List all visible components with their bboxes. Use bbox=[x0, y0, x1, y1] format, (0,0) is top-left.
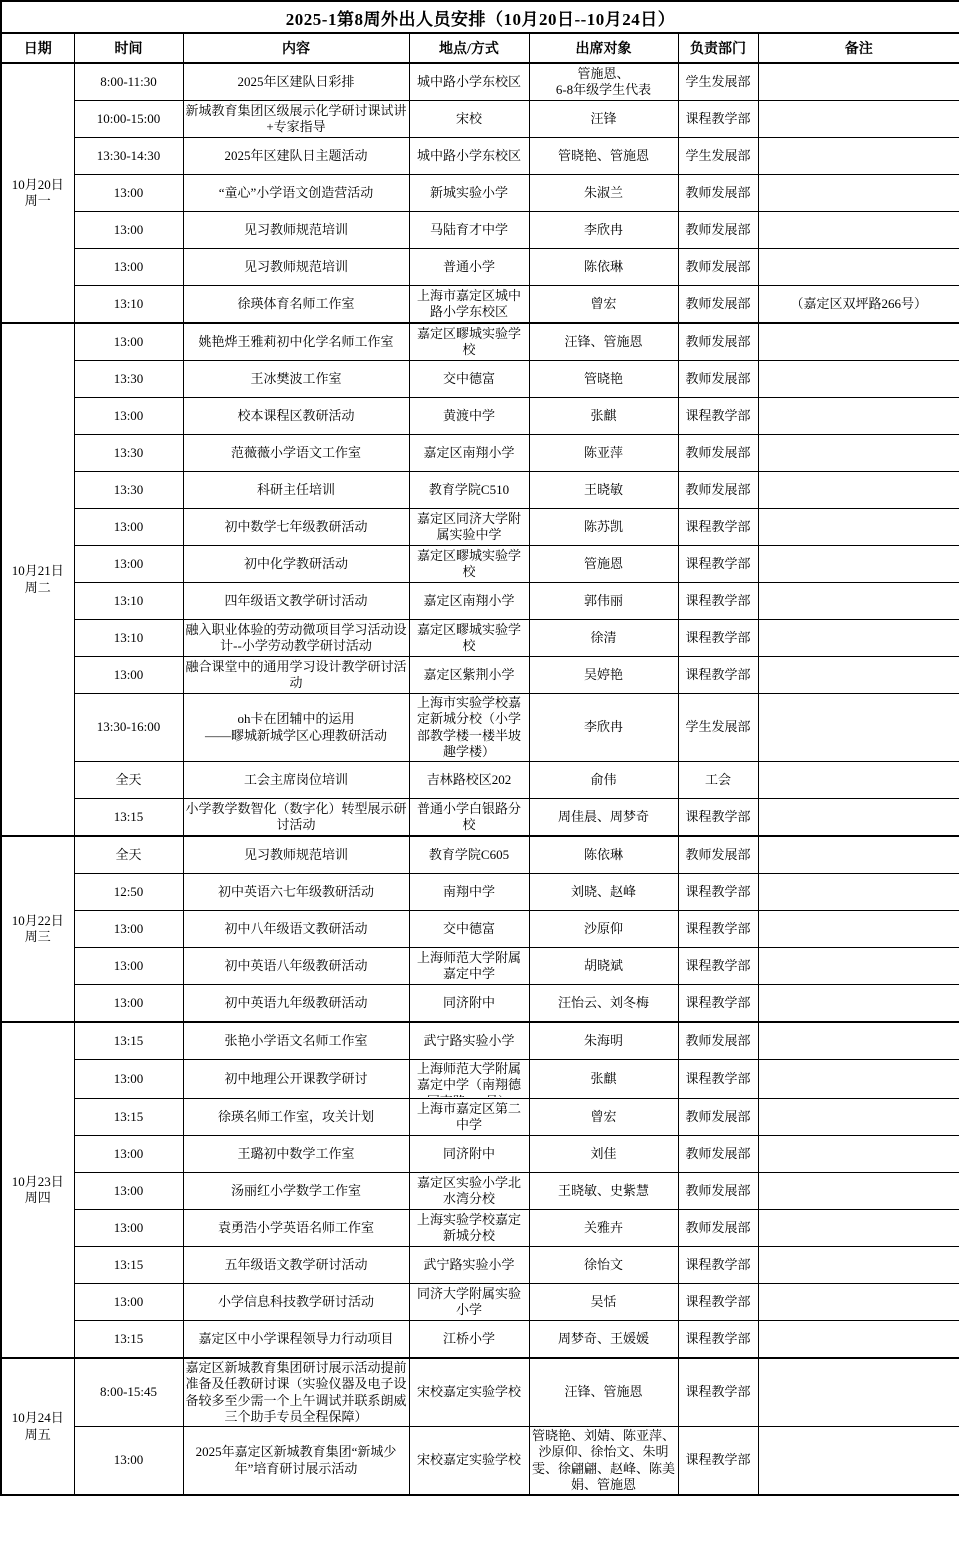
attendees-cell: 俞伟 bbox=[529, 762, 678, 799]
department-cell: 工会 bbox=[678, 762, 758, 799]
department-cell: 课程教学部 bbox=[678, 874, 758, 911]
department-cell: 课程教学部 bbox=[678, 657, 758, 694]
location-text: 吉林路校区202 bbox=[412, 772, 527, 788]
department-text: 教师发展部 bbox=[681, 445, 756, 461]
time-text: 13:00 bbox=[77, 1071, 181, 1087]
attendees-cell: 胡晓斌 bbox=[529, 948, 678, 985]
remark-cell bbox=[758, 1284, 959, 1321]
department-text: 课程教学部 bbox=[681, 995, 756, 1011]
remark-cell bbox=[758, 762, 959, 799]
content-cell: 嘉定区中小学课程领导力行动项目 bbox=[183, 1321, 409, 1359]
content-text: 范薇薇小学语文工作室 bbox=[186, 445, 407, 461]
location-cell: 城中路小学东校区 bbox=[409, 138, 529, 175]
content-cell: 五年级语文教学研讨活动 bbox=[183, 1247, 409, 1284]
attendees-text: 胡晓斌 bbox=[532, 958, 676, 974]
department-cell: 课程教学部 bbox=[678, 620, 758, 657]
schedule-row: 13:00初中化学教研活动嘉定区疁城实验学校管施恩课程教学部 bbox=[1, 546, 959, 583]
department-text: 教师发展部 bbox=[681, 1033, 756, 1049]
department-text: 教师发展部 bbox=[681, 1146, 756, 1162]
time-text: 13:00 bbox=[77, 556, 181, 572]
time-cell: 8:00-15:45 bbox=[74, 1358, 183, 1427]
content-text: 新城教育集团区级展示化学研讨课试讲+专家指导 bbox=[186, 103, 407, 136]
attendees-text: 管晓艳、刘婧、陈亚萍、沙原仰、徐怡文、朱明雯、徐翩翩、赵峰、陈美娟、管施恩 bbox=[532, 1428, 676, 1493]
location-text: 嘉定区同济大学附属实验中学 bbox=[412, 511, 527, 544]
content-text: 见习教师规范培训 bbox=[186, 222, 407, 238]
attendees-cell: 李欣冉 bbox=[529, 212, 678, 249]
department-text: 课程教学部 bbox=[681, 1294, 756, 1310]
content-text: 小学教学数智化（数字化）转型展示研讨活动 bbox=[186, 801, 407, 834]
location-text: 武宁路实验小学 bbox=[412, 1257, 527, 1273]
attendees-text: 陈苏凯 bbox=[532, 519, 676, 535]
time-text: 13:00 bbox=[77, 958, 181, 974]
attendees-cell: 曾宏 bbox=[529, 286, 678, 324]
time-text: 13:00 bbox=[77, 995, 181, 1011]
content-text: oh卡在团辅中的运用 ——疁城新城学区心理教研活动 bbox=[186, 711, 407, 744]
department-text: 课程教学部 bbox=[681, 1384, 756, 1400]
schedule-row: 10月21日 周二13:00姚艳烨王雅莉初中化学名师工作室嘉定区疁城实验学校汪锋… bbox=[1, 323, 959, 361]
content-cell: 徐瑛名师工作室，攻关计划 bbox=[183, 1099, 409, 1136]
content-cell: 小学信息科技教学研讨活动 bbox=[183, 1284, 409, 1321]
time-cell: 13:00 bbox=[74, 398, 183, 435]
location-text: 嘉定区南翔小学 bbox=[412, 593, 527, 609]
attendees-text: 陈亚萍 bbox=[532, 445, 676, 461]
time-cell: 13:00 bbox=[74, 1427, 183, 1496]
location-text: 交中德富 bbox=[412, 921, 527, 937]
department-cell: 教师发展部 bbox=[678, 1136, 758, 1173]
schedule-row: 13:00王璐初中数学工作室同济附中刘佳教师发展部 bbox=[1, 1136, 959, 1173]
department-cell: 教师发展部 bbox=[678, 836, 758, 874]
time-cell: 13:30-14:30 bbox=[74, 138, 183, 175]
content-text: 见习教师规范培训 bbox=[186, 259, 407, 275]
location-text: 同济大学附属实验小学 bbox=[412, 1286, 527, 1319]
schedule-row: 10月24日 周五8:00-15:45嘉定区新城教育集团研讨展示活动提前准备及任… bbox=[1, 1358, 959, 1427]
content-cell: 2025年区建队日主题活动 bbox=[183, 138, 409, 175]
attendees-cell: 刘佳 bbox=[529, 1136, 678, 1173]
time-text: 13:00 bbox=[77, 334, 181, 350]
attendees-text: 曾宏 bbox=[532, 1109, 676, 1125]
location-cell: 嘉定区同济大学附属实验中学 bbox=[409, 509, 529, 546]
schedule-row: 13:10四年级语文教学研讨活动嘉定区南翔小学郭伟丽课程教学部 bbox=[1, 583, 959, 620]
content-cell: 初中八年级语文教研活动 bbox=[183, 911, 409, 948]
attendees-text: 汪锋、管施恩 bbox=[532, 1384, 676, 1400]
schedule-row: 13:00见习教师规范培训马陆育才中学李欣冉教师发展部 bbox=[1, 212, 959, 249]
department-text: 学生发展部 bbox=[681, 74, 756, 90]
location-text: 南翔中学 bbox=[412, 884, 527, 900]
location-cell: 宋校嘉定实验学校 bbox=[409, 1427, 529, 1496]
content-text: 科研主任培训 bbox=[186, 482, 407, 498]
location-text: 普通小学 bbox=[412, 259, 527, 275]
department-text: 课程教学部 bbox=[681, 1071, 756, 1087]
attendees-text: 陈依琳 bbox=[532, 847, 676, 863]
content-text: 徐瑛名师工作室，攻关计划 bbox=[186, 1109, 407, 1125]
department-cell: 教师发展部 bbox=[678, 1210, 758, 1247]
time-cell: 13:00 bbox=[74, 212, 183, 249]
attendees-cell: 张麒 bbox=[529, 398, 678, 435]
department-cell: 课程教学部 bbox=[678, 509, 758, 546]
time-cell: 13:00 bbox=[74, 1060, 183, 1099]
department-text: 课程教学部 bbox=[681, 593, 756, 609]
location-cell: 交中德富 bbox=[409, 911, 529, 948]
attendees-cell: 汪锋、管施恩 bbox=[529, 1358, 678, 1427]
attendees-cell: 曾宏 bbox=[529, 1099, 678, 1136]
location-cell: 武宁路实验小学 bbox=[409, 1022, 529, 1060]
location-cell: 同济附中 bbox=[409, 985, 529, 1023]
schedule-row: 13:00见习教师规范培训普通小学陈依琳教师发展部 bbox=[1, 249, 959, 286]
content-text: 初中化学教研活动 bbox=[186, 556, 407, 572]
attendees-text: 刘晓、赵峰 bbox=[532, 884, 676, 900]
department-cell: 课程教学部 bbox=[678, 1427, 758, 1496]
attendees-cell: 王晓敏 bbox=[529, 472, 678, 509]
attendees-text: 刘佳 bbox=[532, 1146, 676, 1162]
remark-cell bbox=[758, 509, 959, 546]
location-text: 普通小学白银路分校 bbox=[412, 801, 527, 834]
department-text: 教师发展部 bbox=[681, 1220, 756, 1236]
time-text: 13:10 bbox=[77, 630, 181, 646]
location-text: 上海市嘉定区第二中学 bbox=[412, 1101, 527, 1134]
time-cell: 13:30-16:00 bbox=[74, 694, 183, 762]
remark-cell bbox=[758, 435, 959, 472]
location-text: 黄渡中学 bbox=[412, 408, 527, 424]
remark-cell bbox=[758, 1060, 959, 1099]
remark-cell bbox=[758, 472, 959, 509]
content-text: 汤丽红小学数学工作室 bbox=[186, 1183, 407, 1199]
time-cell: 13:00 bbox=[74, 1136, 183, 1173]
attendees-text: 徐怡文 bbox=[532, 1257, 676, 1273]
content-cell: 初中英语九年级教研活动 bbox=[183, 985, 409, 1023]
department-text: 课程教学部 bbox=[681, 1331, 756, 1347]
content-cell: 校本课程区教研活动 bbox=[183, 398, 409, 435]
remark-cell bbox=[758, 948, 959, 985]
content-text: 2025年区建队日彩排 bbox=[186, 74, 407, 90]
attendees-text: 陈依琳 bbox=[532, 259, 676, 275]
location-text: 同济附中 bbox=[412, 1146, 527, 1162]
attendees-cell: 陈依琳 bbox=[529, 249, 678, 286]
content-cell: 科研主任培训 bbox=[183, 472, 409, 509]
schedule-row: 13:00初中英语八年级教研活动上海师范大学附属嘉定中学胡晓斌课程教学部 bbox=[1, 948, 959, 985]
location-text: 上海市实验学校嘉定新城分校（小学部教学楼一楼半坡趣学楼） bbox=[412, 695, 527, 760]
time-text: 13:00 bbox=[77, 519, 181, 535]
time-text: 13:30 bbox=[77, 445, 181, 461]
location-cell: 教育学院C510 bbox=[409, 472, 529, 509]
department-cell: 学生发展部 bbox=[678, 694, 758, 762]
header-row: 日期时间内容地点/方式出席对象负责部门备注 bbox=[1, 33, 959, 63]
attendees-cell: 郭伟丽 bbox=[529, 583, 678, 620]
content-text: 初中数学七年级教研活动 bbox=[186, 519, 407, 535]
content-cell: 王璐初中数学工作室 bbox=[183, 1136, 409, 1173]
time-cell: 13:15 bbox=[74, 1099, 183, 1136]
attendees-cell: 王晓敏、史紫慧 bbox=[529, 1173, 678, 1210]
remark-cell bbox=[758, 546, 959, 583]
department-text: 课程教学部 bbox=[681, 1257, 756, 1273]
location-cell: 上海市实验学校嘉定新城分校（小学部教学楼一楼半坡趣学楼） bbox=[409, 694, 529, 762]
department-text: 课程教学部 bbox=[681, 884, 756, 900]
content-text: 初中英语八年级教研活动 bbox=[186, 958, 407, 974]
content-cell: 初中英语八年级教研活动 bbox=[183, 948, 409, 985]
content-cell: 徐瑛体育名师工作室 bbox=[183, 286, 409, 324]
location-cell: 嘉定区疁城实验学校 bbox=[409, 620, 529, 657]
column-header-0: 日期 bbox=[1, 33, 74, 63]
content-cell: 见习教师规范培训 bbox=[183, 249, 409, 286]
location-text: 上海师范大学附属嘉定中学 bbox=[412, 950, 527, 983]
time-cell: 13:10 bbox=[74, 286, 183, 324]
schedule-row: 13:10徐瑛体育名师工作室上海市嘉定区城中路小学东校区曾宏教师发展部（嘉定区双… bbox=[1, 286, 959, 324]
location-text: 上海实验学校嘉定新城分校 bbox=[412, 1212, 527, 1245]
content-cell: 范薇薇小学语文工作室 bbox=[183, 435, 409, 472]
department-text: 教师发展部 bbox=[681, 1183, 756, 1199]
title-row: 2025-1第8周外出人员安排（10月20日--10月24日） bbox=[1, 1, 959, 33]
remark-cell bbox=[758, 1358, 959, 1427]
schedule-row: 13:30-16:00oh卡在团辅中的运用 ——疁城新城学区心理教研活动上海市实… bbox=[1, 694, 959, 762]
department-cell: 课程教学部 bbox=[678, 985, 758, 1023]
attendees-cell: 管晓艳、刘婧、陈亚萍、沙原仰、徐怡文、朱明雯、徐翩翩、赵峰、陈美娟、管施恩 bbox=[529, 1427, 678, 1496]
schedule-row: 13:00初中英语九年级教研活动同济附中汪怡云、刘冬梅课程教学部 bbox=[1, 985, 959, 1023]
remark-cell bbox=[758, 694, 959, 762]
location-cell: 南翔中学 bbox=[409, 874, 529, 911]
department-text: 学生发展部 bbox=[681, 148, 756, 164]
content-text: 王冰樊波工作室 bbox=[186, 371, 407, 387]
time-text: 13:30-14:30 bbox=[77, 148, 181, 164]
attendees-cell: 刘晓、赵峰 bbox=[529, 874, 678, 911]
time-cell: 10:00-15:00 bbox=[74, 101, 183, 138]
attendees-text: 张麒 bbox=[532, 1071, 676, 1087]
column-header-6: 备注 bbox=[758, 33, 959, 63]
location-cell: 普通小学 bbox=[409, 249, 529, 286]
attendees-cell: 吴婷艳 bbox=[529, 657, 678, 694]
schedule-row: 13:00“童心”小学语文创造营活动新城实验小学朱淑兰教师发展部 bbox=[1, 175, 959, 212]
remark-cell bbox=[758, 1022, 959, 1060]
content-text: 2025年区建队日主题活动 bbox=[186, 148, 407, 164]
attendees-cell: 沙原仰 bbox=[529, 911, 678, 948]
time-cell: 13:15 bbox=[74, 1321, 183, 1359]
time-text: 13:00 bbox=[77, 1146, 181, 1162]
department-cell: 教师发展部 bbox=[678, 1099, 758, 1136]
attendees-cell: 吴恬 bbox=[529, 1284, 678, 1321]
department-text: 教师发展部 bbox=[681, 847, 756, 863]
schedule-row: 13:15小学教学数智化（数字化）转型展示研讨活动普通小学白银路分校周佳晨、周梦… bbox=[1, 799, 959, 837]
content-cell: 工会主席岗位培训 bbox=[183, 762, 409, 799]
attendees-text: 沙原仰 bbox=[532, 921, 676, 937]
schedule-row: 13:00小学信息科技教学研讨活动同济大学附属实验小学吴恬课程教学部 bbox=[1, 1284, 959, 1321]
content-cell: 见习教师规范培训 bbox=[183, 836, 409, 874]
remark-cell bbox=[758, 361, 959, 398]
attendees-text: 关雅卉 bbox=[532, 1220, 676, 1236]
remark-text: （嘉定区双坪路266号） bbox=[761, 296, 958, 312]
schedule-row: 13:00初中数学七年级教研活动嘉定区同济大学附属实验中学陈苏凯课程教学部 bbox=[1, 509, 959, 546]
time-cell: 13:00 bbox=[74, 948, 183, 985]
time-text: 8:00-11:30 bbox=[77, 74, 181, 90]
department-text: 学生发展部 bbox=[681, 719, 756, 735]
time-cell: 13:00 bbox=[74, 509, 183, 546]
department-cell: 教师发展部 bbox=[678, 323, 758, 361]
department-cell: 教师发展部 bbox=[678, 435, 758, 472]
content-cell: 2025年区建队日彩排 bbox=[183, 63, 409, 101]
attendees-text: 汪怡云、刘冬梅 bbox=[532, 995, 676, 1011]
attendees-cell: 徐怡文 bbox=[529, 1247, 678, 1284]
content-cell: 新城教育集团区级展示化学研讨课试讲+专家指导 bbox=[183, 101, 409, 138]
time-cell: 13:00 bbox=[74, 1173, 183, 1210]
time-text: 13:00 bbox=[77, 1294, 181, 1310]
time-text: 13:15 bbox=[77, 1109, 181, 1125]
location-text: 交中德富 bbox=[412, 371, 527, 387]
attendees-cell: 管施恩、 6-8年级学生代表 bbox=[529, 63, 678, 101]
attendees-cell: 徐清 bbox=[529, 620, 678, 657]
remark-cell bbox=[758, 138, 959, 175]
page-title: 2025-1第8周外出人员安排（10月20日--10月24日） bbox=[1, 1, 959, 33]
location-text: 同济附中 bbox=[412, 995, 527, 1011]
location-cell: 江桥小学 bbox=[409, 1321, 529, 1359]
location-cell: 教育学院C605 bbox=[409, 836, 529, 874]
content-cell: 见习教师规范培训 bbox=[183, 212, 409, 249]
time-cell: 8:00-11:30 bbox=[74, 63, 183, 101]
schedule-row: 10月23日 周四13:15张艳小学语文名师工作室武宁路实验小学朱海明教师发展部 bbox=[1, 1022, 959, 1060]
time-text: 13:00 bbox=[77, 1183, 181, 1199]
content-text: 五年级语文教学研讨活动 bbox=[186, 1257, 407, 1273]
location-text: 嘉定区实验小学北水湾分校 bbox=[412, 1175, 527, 1208]
department-text: 课程教学部 bbox=[681, 1452, 756, 1468]
remark-cell bbox=[758, 175, 959, 212]
department-text: 课程教学部 bbox=[681, 111, 756, 127]
remark-cell bbox=[758, 323, 959, 361]
department-cell: 教师发展部 bbox=[678, 212, 758, 249]
department-cell: 教师发展部 bbox=[678, 249, 758, 286]
location-text: 嘉定区疁城实验学校 bbox=[412, 326, 527, 359]
schedule-sheet: 2025-1第8周外出人员安排（10月20日--10月24日） 日期时间内容地点… bbox=[0, 0, 959, 1496]
attendees-cell: 朱淑兰 bbox=[529, 175, 678, 212]
attendees-cell: 关雅卉 bbox=[529, 1210, 678, 1247]
schedule-row: 13:15嘉定区中小学课程领导力行动项目江桥小学周梦奇、王媛媛课程教学部 bbox=[1, 1321, 959, 1359]
content-cell: 融合课堂中的通用学习设计教学研讨活动 bbox=[183, 657, 409, 694]
schedule-row: 13:00初中八年级语文教研活动交中德富沙原仰课程教学部 bbox=[1, 911, 959, 948]
department-text: 课程教学部 bbox=[681, 667, 756, 683]
department-text: 教师发展部 bbox=[681, 482, 756, 498]
time-cell: 13:15 bbox=[74, 1022, 183, 1060]
time-cell: 全天 bbox=[74, 762, 183, 799]
remark-cell bbox=[758, 398, 959, 435]
time-cell: 13:15 bbox=[74, 799, 183, 837]
attendees-text: 吴婷艳 bbox=[532, 667, 676, 683]
attendees-text: 王晓敏、史紫慧 bbox=[532, 1183, 676, 1199]
department-cell: 课程教学部 bbox=[678, 948, 758, 985]
time-cell: 13:30 bbox=[74, 435, 183, 472]
attendees-cell: 张麒 bbox=[529, 1060, 678, 1099]
content-text: 嘉定区中小学课程领导力行动项目 bbox=[186, 1331, 407, 1347]
time-cell: 13:10 bbox=[74, 620, 183, 657]
time-text: 13:15 bbox=[77, 1257, 181, 1273]
department-cell: 教师发展部 bbox=[678, 286, 758, 324]
schedule-row: 13:30范薇薇小学语文工作室嘉定区南翔小学陈亚萍教师发展部 bbox=[1, 435, 959, 472]
time-text: 13:10 bbox=[77, 296, 181, 312]
department-text: 课程教学部 bbox=[681, 630, 756, 646]
date-cell: 10月24日 周五 bbox=[1, 1358, 74, 1495]
content-text: 见习教师规范培训 bbox=[186, 847, 407, 863]
schedule-row: 10:00-15:00新城教育集团区级展示化学研讨课试讲+专家指导宋校汪锋课程教… bbox=[1, 101, 959, 138]
content-cell: 嘉定区新城教育集团研讨展示活动提前准备及任教研讨课（实验仪器及电子设备较多至少需… bbox=[183, 1358, 409, 1427]
department-cell: 课程教学部 bbox=[678, 398, 758, 435]
location-cell: 武宁路实验小学 bbox=[409, 1247, 529, 1284]
attendees-text: 王晓敏 bbox=[532, 482, 676, 498]
schedule-row: 13:00融合课堂中的通用学习设计教学研讨活动嘉定区紫荆小学吴婷艳课程教学部 bbox=[1, 657, 959, 694]
remark-cell bbox=[758, 911, 959, 948]
column-header-5: 负责部门 bbox=[678, 33, 758, 63]
time-cell: 13:15 bbox=[74, 1247, 183, 1284]
content-text: 初中英语九年级教研活动 bbox=[186, 995, 407, 1011]
column-header-1: 时间 bbox=[74, 33, 183, 63]
time-cell: 13:00 bbox=[74, 175, 183, 212]
column-header-3: 地点/方式 bbox=[409, 33, 529, 63]
attendees-cell: 陈依琳 bbox=[529, 836, 678, 874]
content-cell: 融入职业体验的劳动微项目学习活动设计--小学劳动教学研讨活动 bbox=[183, 620, 409, 657]
attendees-text: 周佳晨、周梦奇 bbox=[532, 809, 676, 825]
department-text: 课程教学部 bbox=[681, 556, 756, 572]
content-text: 四年级语文教学研讨活动 bbox=[186, 593, 407, 609]
content-cell: “童心”小学语文创造营活动 bbox=[183, 175, 409, 212]
department-text: 教师发展部 bbox=[681, 334, 756, 350]
location-text: 江桥小学 bbox=[412, 1331, 527, 1347]
attendees-text: 管晓艳、管施恩 bbox=[532, 148, 676, 164]
time-text: 13:15 bbox=[77, 809, 181, 825]
department-text: 教师发展部 bbox=[681, 259, 756, 275]
attendees-cell: 周梦奇、王媛媛 bbox=[529, 1321, 678, 1359]
time-cell: 13:00 bbox=[74, 657, 183, 694]
department-text: 教师发展部 bbox=[681, 371, 756, 387]
content-cell: 张艳小学语文名师工作室 bbox=[183, 1022, 409, 1060]
time-cell: 全天 bbox=[74, 836, 183, 874]
remark-cell bbox=[758, 620, 959, 657]
attendees-text: 汪锋、管施恩 bbox=[532, 334, 676, 350]
date-cell: 10月20日 周一 bbox=[1, 63, 74, 323]
attendees-text: 李欣冉 bbox=[532, 719, 676, 735]
location-text: 教育学院C510 bbox=[412, 482, 527, 498]
schedule-row: 13:30-14:302025年区建队日主题活动城中路小学东校区管晓艳、管施恩学… bbox=[1, 138, 959, 175]
attendees-text: 俞伟 bbox=[532, 772, 676, 788]
location-cell: 嘉定区疁城实验学校 bbox=[409, 546, 529, 583]
schedule-row: 13:00校本课程区教研活动黄渡中学张麒课程教学部 bbox=[1, 398, 959, 435]
time-cell: 13:00 bbox=[74, 1210, 183, 1247]
department-cell: 课程教学部 bbox=[678, 799, 758, 837]
content-text: 王璐初中数学工作室 bbox=[186, 1146, 407, 1162]
department-text: 教师发展部 bbox=[681, 222, 756, 238]
location-text: 城中路小学东校区 bbox=[412, 148, 527, 164]
location-cell: 上海市嘉定区第二中学 bbox=[409, 1099, 529, 1136]
content-cell: 四年级语文教学研讨活动 bbox=[183, 583, 409, 620]
department-cell: 课程教学部 bbox=[678, 546, 758, 583]
department-cell: 教师发展部 bbox=[678, 361, 758, 398]
remark-cell bbox=[758, 1173, 959, 1210]
department-text: 课程教学部 bbox=[681, 519, 756, 535]
schedule-row: 13:15徐瑛名师工作室，攻关计划上海市嘉定区第二中学曾宏教师发展部 bbox=[1, 1099, 959, 1136]
schedule-row: 13:00初中地理公开课教学研讨上海师范大学附属嘉定中学（南翔德园南路255号）… bbox=[1, 1060, 959, 1099]
content-text: 初中八年级语文教研活动 bbox=[186, 921, 407, 937]
location-text: 嘉定区紫荆小学 bbox=[412, 667, 527, 683]
date-cell: 10月23日 周四 bbox=[1, 1022, 74, 1358]
time-text: 13:00 bbox=[77, 222, 181, 238]
attendees-cell: 朱海明 bbox=[529, 1022, 678, 1060]
location-cell: 马陆育才中学 bbox=[409, 212, 529, 249]
department-cell: 学生发展部 bbox=[678, 138, 758, 175]
content-cell: 汤丽红小学数学工作室 bbox=[183, 1173, 409, 1210]
schedule-row: 12:50初中英语六七年级教研活动南翔中学刘晓、赵峰课程教学部 bbox=[1, 874, 959, 911]
location-cell: 黄渡中学 bbox=[409, 398, 529, 435]
remark-cell bbox=[758, 657, 959, 694]
attendees-cell: 汪锋、管施恩 bbox=[529, 323, 678, 361]
remark-cell bbox=[758, 836, 959, 874]
content-text: 小学信息科技教学研讨活动 bbox=[186, 1294, 407, 1310]
content-text: 徐瑛体育名师工作室 bbox=[186, 296, 407, 312]
content-text: 2025年嘉定区新城教育集团“新城少年”培育研讨展示活动 bbox=[186, 1444, 407, 1477]
content-text: 初中英语六七年级教研活动 bbox=[186, 884, 407, 900]
location-text: 上海市嘉定区城中路小学东校区 bbox=[412, 288, 527, 321]
location-text: 宋校 bbox=[412, 111, 527, 127]
